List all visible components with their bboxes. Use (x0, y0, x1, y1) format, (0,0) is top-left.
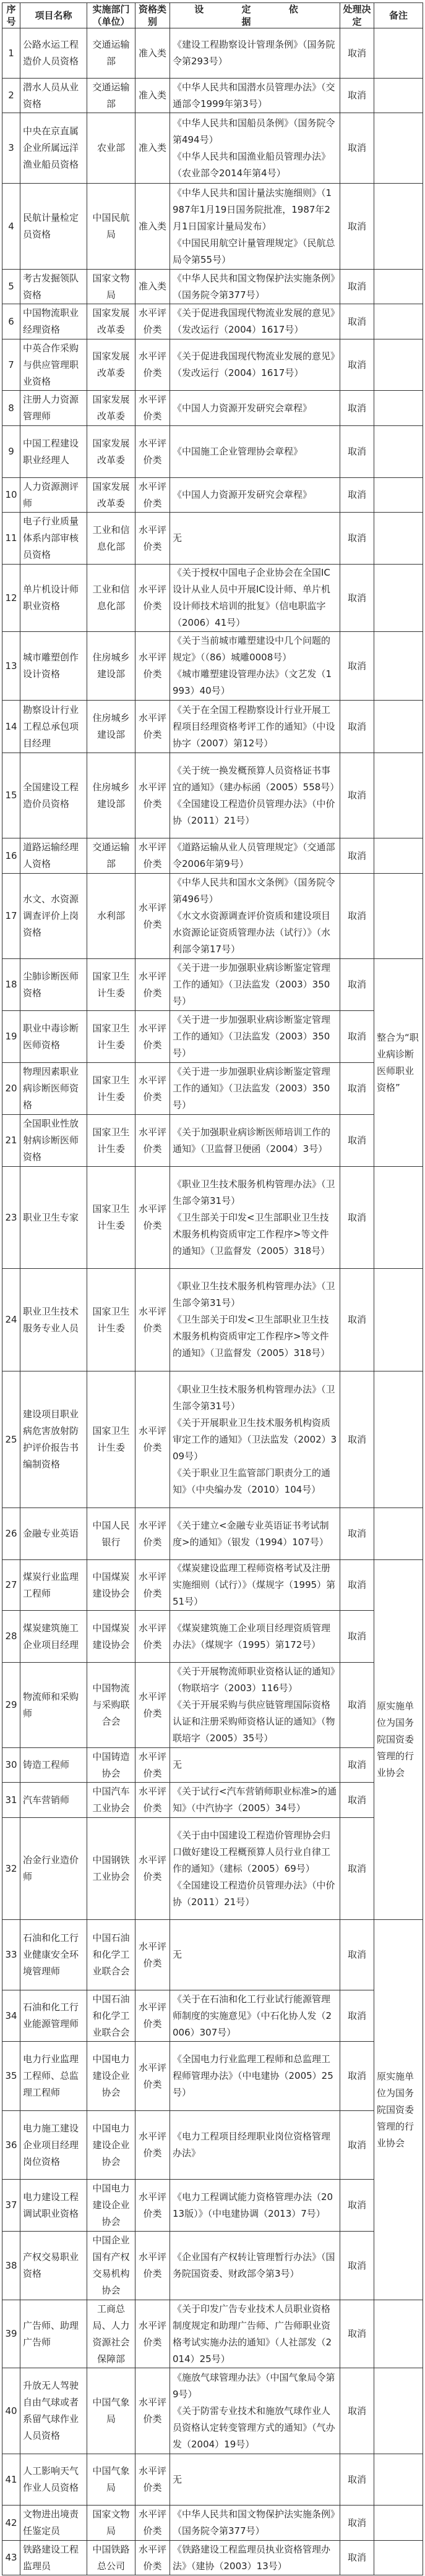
row-number: 41 (2, 2454, 20, 2506)
basis-document: 《关于进一步加强职业病诊断鉴定管理工作的通知》（卫法监发（2003）350号） (173, 960, 337, 1010)
header-no: 序号 (2, 3, 20, 28)
legal-basis: 《电力工程调试能力资格管理办法（2013版）》（中电建协调（2013）7号） (170, 2180, 340, 2232)
table-row: 28煤炭建筑施工企业项目经理中国煤炭建设协会水平评价类《煤炭建筑施工企业项目经理… (2, 1611, 423, 1663)
legal-basis: 《煤炭建筑施工企业项目经理资质管理办法》（煤规字（1995）第172号） (170, 1611, 340, 1663)
legal-basis: 《中华人民共和国潜水员管理办法》（交通部令1999年第3号） (170, 79, 340, 113)
qualification-type: 水平评价类 (135, 2368, 170, 2454)
legal-basis: 无 (170, 513, 340, 565)
note (374, 753, 423, 838)
table-row: 1公路水运工程造价人员资格交通运输部准入类《建设工程勘察设计管理条例》（国务院令… (2, 28, 423, 79)
basis-document: 《关于在全国工程勘察设计行业开展工程项目经理资格考评工作的通知》（中设协字（20… (173, 702, 337, 752)
legal-basis: 《中华人民共和国船员条例》（国务院令第494号）《中华人民共和国渔业船员管理办法… (170, 113, 340, 184)
basis-document: 《煤炭建设监理工程师资格考试及注册实施细则（试行）》（煤规字（1995）第51号… (173, 1560, 337, 1610)
legal-basis: 《铁路建设工程监理员执业资格管理办法》（建协（2003）13号） (170, 2541, 340, 2575)
qualification-type: 水平评价类 (135, 1663, 170, 1748)
legal-basis: 《中华人民共和国文物保护法实施条例》（国务院令第377号） (170, 270, 340, 304)
item-name: 石油和化工行业健康安全环境管理师 (20, 1920, 87, 1990)
note (374, 28, 423, 79)
decision: 取消 (340, 2180, 374, 2232)
header-type: 资格类别 (135, 3, 170, 28)
header-decision: 处理决定 (340, 3, 374, 28)
decision: 取消 (340, 1560, 374, 1611)
item-name: 民航计量检定员资格 (20, 184, 87, 270)
note (374, 2300, 423, 2368)
table-row: 36电力施工建设企业项目经理岗位资格中国电力建设企业协会水平评价类《电力工程项目… (2, 2111, 423, 2180)
basis-document: 《城市雕塑建设管理办法》（文艺发（1993）40号） (173, 666, 337, 699)
table-row: 32冶金行业造价师中国钢铁工业协会水平评价类《关于由中国建设工程造价管理协会归口… (2, 1818, 423, 1920)
table-row: 29物流师和采购师中国物流与采购联合会水平评价类《关于开展物流师职业资格认证的通… (2, 1663, 423, 1748)
implementing-dept: 水利部 (87, 874, 135, 959)
legal-basis: 《关于建立<金融专业英语证书考试制度>的通知》（银发（1994）107号） (170, 1508, 340, 1560)
basis-document: 《关于试行<汽车营销师职业标准>的通知》（中汽协字（2005）34号） (173, 1783, 337, 1817)
implementing-dept: 国家卫生计生委 (87, 1011, 135, 1063)
item-name: 铁路建设工程监理员 (20, 2541, 87, 2575)
legal-basis: 《关于进一步加强职业病诊断鉴定管理工作的通知》（卫法监发（2003）350号） (170, 1011, 340, 1063)
item-name: 建设项目职业病危害放射防护评价报告书编制资格 (20, 1371, 87, 1508)
basis-document: 《关于统一换发概预算人员资格证书事宜的通知》（建办标函（2005）558号） (173, 762, 337, 796)
basis-document: 《中华人民共和国潜水员管理办法》（交通部令1999年第3号） (173, 79, 337, 113)
item-name: 人力资源测评师 (20, 478, 87, 513)
decision: 取消 (340, 1508, 374, 1560)
basis-document: 《中华人民共和国船员条例》（国务院令第494号） (173, 115, 337, 148)
table-row: 33石油和化工行业健康安全环境管理师中国石油和化学工业联合会水平评价类无取消原实… (2, 1920, 423, 1990)
table-row: 20物理因素职业病诊断医师资格国家卫生计生委水平评价类《关于进一步加强职业病诊断… (2, 1063, 423, 1115)
basis-document: 《全国建设工程造价员管理办法》（中价协（2011）21号） (173, 1877, 337, 1911)
row-number: 37 (2, 2180, 20, 2232)
item-name: 电力行业监理工程师、总监理工程师 (20, 2042, 87, 2111)
legal-basis: 《中国人力资源开发研究会章程》 (170, 391, 340, 426)
basis-document: 《中华人民共和国文物保护法实施条例》（国务院令第377号） (173, 270, 337, 304)
item-name: 石油和化工行业能源管理师 (20, 1990, 87, 2042)
qualification-type: 准入类 (135, 270, 170, 304)
legal-basis: 无 (170, 1920, 340, 1990)
row-number: 7 (2, 339, 20, 391)
implementing-dept: 国家卫生计生委 (87, 1167, 135, 1269)
table-row: 42文物进出境责任鉴定员国家文物局水平评价类《中华人民共和国文物保护法实施条例》… (2, 2506, 423, 2541)
row-number: 43 (2, 2541, 20, 2575)
basis-document: 《全国电力行业监理工程师和总监理工程师管理办法》（中电建协（2005）25号） (173, 2051, 337, 2101)
qualification-type: 水平评价类 (135, 565, 170, 632)
row-number: 9 (2, 426, 20, 478)
legal-basis: 《全国电力行业监理工程师和总监理工程师管理办法》（中电建协（2005）25号） (170, 2042, 340, 2111)
item-name: 道路运输经理人资格 (20, 838, 87, 874)
basis-document: 《关于职业卫生监管部门职责分工的通知》（中央编办发（2010）104号） (173, 1465, 337, 1498)
decision: 取消 (340, 339, 374, 391)
legal-basis: 《道路运输从业人员管理规定》（交通部令2006年第9号） (170, 838, 340, 874)
legal-basis: 《中国人力资源开发研究会章程》 (170, 478, 340, 513)
legal-basis: 《中国施工企业管理协会章程》 (170, 426, 340, 478)
row-number: 21 (2, 1115, 20, 1167)
decision: 取消 (340, 1920, 374, 1990)
table-row: 30铸造工程师中国铸造协会水平评价类无取消 (2, 1748, 423, 1783)
implementing-dept: 中国企业国有产权交易机构协会 (87, 2232, 135, 2300)
table-row: 24职业卫生技术服务专业人员国家卫生计生委水平评价类《职业卫生技术服务机构管理办… (2, 1269, 423, 1371)
table-row: 12单片机设计师职业资格工业和信息化部水平评价类《关于授权中国电子企业协会在全国… (2, 565, 423, 632)
qualification-type: 水平评价类 (135, 2232, 170, 2300)
basis-document: 《中华人民共和国水文条例》（国务院令第496号） (173, 874, 337, 908)
note (374, 113, 423, 184)
basis-document: 《关于防雷专业技术和施放气球作业人员资格认定转变管理方式的通知》（气办发（200… (173, 2403, 337, 2453)
row-number: 26 (2, 1508, 20, 1560)
item-name: 全国建设工程造价员资格 (20, 753, 87, 838)
note (374, 1167, 423, 1269)
note (374, 1508, 423, 1560)
row-number: 32 (2, 1818, 20, 1920)
basis-document: 《全国建设工程造价员管理办法》（中价协（2011）21号） (173, 796, 337, 829)
decision: 取消 (340, 391, 374, 426)
implementing-dept: 中国铸造协会 (87, 1748, 135, 1783)
qualification-type: 水平评价类 (135, 959, 170, 1011)
legal-basis: 《关于在全国工程勘察设计行业开展工程项目经理资格考评工作的通知》（中设协字（20… (170, 701, 340, 753)
legal-basis: 《施放气球管理办法》（中国气象局令第9号）《关于防雷专业技术和施放气球作业人员资… (170, 2368, 340, 2454)
basis-document: 《关于进一步加强职业病诊断鉴定管理工作的通知》（卫法监发（2003）350号） (173, 1064, 337, 1114)
row-number: 38 (2, 2232, 20, 2300)
row-number: 16 (2, 838, 20, 874)
row-number: 39 (2, 2300, 20, 2368)
item-name: 冶金行业造价师 (20, 1818, 87, 1920)
table-row: 31汽车营销师中国汽车工业协会水平评价类《关于试行<汽车营销师职业标准>的通知》… (2, 1783, 423, 1818)
basis-document: 《中国人力资源开发研究会章程》 (173, 487, 337, 503)
legal-basis: 无 (170, 1748, 340, 1783)
note (374, 701, 423, 753)
legal-basis: 《职业卫生技术服务机构管理办法》（卫生部令第31号）《卫生部关于印发<卫生部职业… (170, 1167, 340, 1269)
qualification-type: 水平评价类 (135, 632, 170, 701)
decision: 取消 (340, 79, 374, 113)
legal-basis: 《企业国有产权转让管理暂行办法》（国务院国资委、财政部令第3号） (170, 2232, 340, 2300)
decision: 取消 (340, 184, 374, 270)
row-number: 35 (2, 2042, 20, 2111)
qualification-type: 水平评价类 (135, 2111, 170, 2180)
implementing-dept: 中国电力建设企业协会 (87, 2111, 135, 2180)
qualification-type: 水平评价类 (135, 701, 170, 753)
qualification-type: 水平评价类 (135, 1115, 170, 1167)
table-row: 35电力行业监理工程师、总监理工程师中国电力建设企业协会水平评价类《全国电力行业… (2, 2042, 423, 2111)
row-number: 11 (2, 513, 20, 565)
decision: 取消 (340, 28, 374, 79)
basis-document: 《卫生部关于印发<卫生部职业卫生技术服务机构资质审定工作程序>等文件的通知》（卫… (173, 1209, 337, 1260)
legal-basis: 《关于试行<汽车营销师职业标准>的通知》（中汽协字（2005）34号） (170, 1783, 340, 1818)
implementing-dept: 中国铁路总公司 (87, 2541, 135, 2575)
basis-document: 《电力工程调试能力资格管理办法（2013版）》（中电建协调（2013）7号） (173, 2189, 337, 2222)
decision: 取消 (340, 753, 374, 838)
decision: 取消 (340, 270, 374, 304)
decision: 取消 (340, 1063, 374, 1115)
decision: 取消 (340, 959, 374, 1011)
basis-document: 《中华人民共和国计量法实施细则》（1987年1月19日国务院批准，1987年2月… (173, 185, 337, 235)
table-row: 27煤炭行业监理工程师中国煤炭建设协会水平评价类《煤炭建设监理工程师资格考试及注… (2, 1560, 423, 1611)
table-row: 11电子行业质量体系内部审核员资格工业和信息化部水平评价类无取消 (2, 513, 423, 565)
table-row: 38产权交易职业资格中国企业国有产权交易机构协会水平评价类《企业国有产权转让管理… (2, 2232, 423, 2300)
implementing-dept: 工商总局、人力资源社会保障部 (87, 2300, 135, 2368)
basis-document: 《关于开展采购与供应链管理国际资格认证和注册采购师资格认证的通知》（物联培字（2… (173, 1697, 337, 1747)
table-row: 7中英合作采购与供应管理职业资格国家发展改革委水平评价类《关于促进我国现代物流业… (2, 339, 423, 391)
note (374, 426, 423, 478)
implementing-dept: 国家卫生计生委 (87, 1269, 135, 1371)
legal-basis: 《关于由中国建设工程造价管理协会归口做好建设工程概预算人员行业自律工作的通知》（… (170, 1818, 340, 1920)
implementing-dept: 国家卫生计生委 (87, 1371, 135, 1508)
table-row: 9中国工程建设职业经理人国家发展改革委水平评价类《中国施工企业管理协会章程》取消 (2, 426, 423, 478)
qualification-type: 水平评价类 (135, 1920, 170, 1990)
basis-document: 《关于进一步加强职业病诊断鉴定管理工作的通知》（卫法监发（2003）350号） (173, 1012, 337, 1062)
qualification-type: 水平评价类 (135, 1371, 170, 1508)
table-row: 5考古发掘领队资格国家文物局准入类《中华人民共和国文物保护法实施条例》（国务院令… (2, 270, 423, 304)
note (374, 2368, 423, 2454)
implementing-dept: 中国石油和化学工业联合会 (87, 1990, 135, 2042)
legal-basis: 《关于促进我国现代物流业发展的意见》（发改运行（2004）1617号） (170, 304, 340, 339)
legal-basis: 《建设工程勘察设计管理条例》（国务院令第293号） (170, 28, 340, 79)
row-number: 27 (2, 1560, 20, 1611)
table-row: 6中国物流职业经理资格国家发展改革委水平评价类《关于促进我国现代物流业发展的意见… (2, 304, 423, 339)
legal-basis: 《关于进一步加强职业病诊断鉴定管理工作的通知》（卫法监发（2003）350号） (170, 1063, 340, 1115)
decision: 取消 (340, 1748, 374, 1783)
basis-document: 《关于在石油和化工行业试行能源管理师制度的实施意见》（中石化协人发（2006）3… (173, 1991, 337, 2041)
table-row: 19职业中毒诊断医师资格国家卫生计生委水平评价类《关于进一步加强职业病诊断鉴定管… (2, 1011, 423, 1063)
item-name: 煤炭建筑施工企业项目经理 (20, 1611, 87, 1663)
qualification-table: 序号 项目名称 实施部门（单位） 资格类别 设 定 依 据 处理决定 备注 1公… (2, 2, 423, 2575)
implementing-dept: 国家卫生计生委 (87, 1063, 135, 1115)
note (374, 513, 423, 565)
merged-note: 原实施单位为国务院国资委管理的行业协会 (374, 1920, 423, 2300)
qualification-type: 水平评价类 (135, 2180, 170, 2232)
table-row: 15全国建设工程造价员资格住房城乡建设部水平评价类《关于统一换发概预算人员资格证… (2, 753, 423, 838)
header-basis: 设 定 依 据 (170, 3, 340, 28)
table-row: 18尘肺诊断医师资格国家卫生计生委水平评价类《关于进一步加强职业病诊断鉴定管理工… (2, 959, 423, 1011)
item-name: 文物进出境责任鉴定员 (20, 2506, 87, 2541)
note (374, 79, 423, 113)
header-row: 序号 项目名称 实施部门（单位） 资格类别 设 定 依 据 处理决定 备注 (2, 3, 423, 28)
table-row: 23职业卫生专家国家卫生计生委水平评价类《职业卫生技术服务机构管理办法》（卫生部… (2, 1167, 423, 1269)
item-name: 电力建设工程调试职业资格 (20, 2180, 87, 2232)
implementing-dept: 国家发展改革委 (87, 304, 135, 339)
item-name: 尘肺诊断医师资格 (20, 959, 87, 1011)
legal-basis: 《职业卫生技术服务机构管理办法》（卫生部令第31号）《关于开展职业卫生技术服务机… (170, 1371, 340, 1508)
decision: 取消 (340, 1167, 374, 1269)
table-row: 8注册人力资源管理师国家发展改革委水平评价类《中国人力资源开发研究会章程》取消 (2, 391, 423, 426)
basis-document: 无 (173, 530, 337, 547)
row-number: 19 (2, 1011, 20, 1063)
implementing-dept: 住房城乡建设部 (87, 701, 135, 753)
item-name: 铸造工程师 (20, 1748, 87, 1783)
note (374, 632, 423, 701)
table-row: 41人工影响天气作业人员资格中国气象局水平评价类无取消 (2, 2454, 423, 2506)
header-name: 项目名称 (20, 3, 87, 28)
item-name: 电力施工建设企业项目经理岗位资格 (20, 2111, 87, 2180)
implementing-dept: 工业和信息化部 (87, 513, 135, 565)
row-number: 8 (2, 391, 20, 426)
implementing-dept: 中国钢铁工业协会 (87, 1818, 135, 1920)
note (374, 270, 423, 304)
qualification-type: 水平评价类 (135, 1508, 170, 1560)
implementing-dept: 国家发展改革委 (87, 478, 135, 513)
decision: 取消 (340, 304, 374, 339)
implementing-dept: 交通运输部 (87, 838, 135, 874)
implementing-dept: 国家文物局 (87, 270, 135, 304)
note (374, 391, 423, 426)
decision: 取消 (340, 2454, 374, 2506)
row-number: 29 (2, 1663, 20, 1748)
basis-document: 《关于当前城市雕塑建设中几个问题的规定》（（86）城雕0008号） (173, 633, 337, 666)
implementing-dept: 中国汽车工业协会 (87, 1783, 135, 1818)
basis-document: 《关于授权中国电子企业协会在全国IC设计从业人员中开展IC设计师、单片机设计师技… (173, 565, 337, 631)
qualification-type: 水平评价类 (135, 1818, 170, 1920)
table-row: 40升放无人驾驶自由气球或者系留气球作业人员资格中国气象局水平评价类《施放气球管… (2, 2368, 423, 2454)
basis-document: 《电力工程项目经理职业岗位资格管理办法》 (173, 2128, 337, 2162)
legal-basis: 无 (170, 2454, 340, 2506)
implementing-dept: 中国物流与采购联合会 (87, 1663, 135, 1748)
item-name: 注册人力资源管理师 (20, 391, 87, 426)
row-number: 20 (2, 1063, 20, 1115)
item-name: 金融专业英语 (20, 1508, 87, 1560)
row-number: 17 (2, 874, 20, 959)
basis-document: 《关于开展物流师职业资格认证的通知》（物联培字（2003）116号） (173, 1663, 337, 1697)
decision: 取消 (340, 1115, 374, 1167)
basis-document: 《关于加强职业病诊断医师培训工作的通知》（卫监督卫便函（2004）3号） (173, 1124, 337, 1158)
decision: 取消 (340, 1783, 374, 1818)
qualification-type: 水平评价类 (135, 1990, 170, 2042)
item-name: 煤炭行业监理工程师 (20, 1560, 87, 1611)
note (374, 838, 423, 874)
decision: 取消 (340, 513, 374, 565)
basis-document: 《关于建立<金融专业英语证书考试制度>的通知》（银发（1994）107号） (173, 1517, 337, 1551)
row-number: 42 (2, 2506, 20, 2541)
decision: 取消 (340, 565, 374, 632)
table-row: 17水文、水资源调查评价上岗资格水利部水平评价类《中华人民共和国水文条例》（国务… (2, 874, 423, 959)
legal-basis: 《关于在石油和化工行业试行能源管理师制度的实施意见》（中石化协人发（2006）3… (170, 1990, 340, 2042)
basis-document: 《职业卫生技术服务机构管理办法》（卫生部令第31号） (173, 1176, 337, 1209)
table-row: 13城市雕塑创作设计资格住房城乡建设部水平评价类《关于当前城市雕塑建设中几个问题… (2, 632, 423, 701)
row-number: 5 (2, 270, 20, 304)
qualification-type: 准入类 (135, 79, 170, 113)
note (374, 304, 423, 339)
implementing-dept: 中国民航局 (87, 184, 135, 270)
item-name: 物理因素职业病诊断医师资格 (20, 1063, 87, 1115)
decision: 取消 (340, 2541, 374, 2575)
item-name: 物流师和采购师 (20, 1663, 87, 1748)
table-row: 16道路运输经理人资格交通运输部水平评价类《道路运输从业人员管理规定》（交通部令… (2, 838, 423, 874)
qualification-type: 水平评价类 (135, 1063, 170, 1115)
note (374, 874, 423, 959)
implementing-dept: 国家文物局 (87, 2506, 135, 2541)
basis-document: 《煤炭建筑施工企业项目经理资质管理办法》（煤规字（1995）第172号） (173, 1620, 337, 1653)
basis-document: 《关于开展职业卫生技术服务机构资质审定工作的通知》（卫法监发（2002）309号… (173, 1415, 337, 1465)
item-name: 单片机设计师职业资格 (20, 565, 87, 632)
implementing-dept: 工业和信息化部 (87, 565, 135, 632)
basis-document: 《施放气球管理办法》（中国气象局令第9号） (173, 2369, 337, 2403)
item-name: 水文、水资源调查评价上岗资格 (20, 874, 87, 959)
note (374, 1371, 423, 1508)
qualification-type: 水平评价类 (135, 2506, 170, 2541)
decision: 取消 (340, 478, 374, 513)
qualification-type: 水平评价类 (135, 1560, 170, 1611)
qualification-type: 准入类 (135, 28, 170, 79)
row-number: 23 (2, 1167, 20, 1269)
item-name: 人工影响天气作业人员资格 (20, 2454, 87, 2506)
decision: 取消 (340, 1663, 374, 1748)
row-number: 30 (2, 1748, 20, 1783)
decision: 取消 (340, 113, 374, 184)
table-row: 2潜水人员从业资格交通运输部准入类《中华人民共和国潜水员管理办法》（交通部令19… (2, 79, 423, 113)
basis-document: 无 (173, 2472, 337, 2488)
basis-document: 无 (173, 1947, 337, 1963)
qualification-type: 准入类 (135, 184, 170, 270)
basis-document: 《中国民用航空计量管理规定》（民航总局令第55号） (173, 235, 337, 268)
decision: 取消 (340, 701, 374, 753)
implementing-dept: 交通运输部 (87, 28, 135, 79)
decision: 取消 (340, 1371, 374, 1508)
row-number: 33 (2, 1920, 20, 1990)
qualification-type: 水平评价类 (135, 2541, 170, 2575)
basis-document: 《职业卫生技术服务机构管理办法》（卫生部令第31号） (173, 1381, 337, 1415)
decision: 取消 (340, 2042, 374, 2111)
legal-basis: 《关于促进我国现代物流业发展的意见》（发改运行（2004）1617号） (170, 339, 340, 391)
row-number: 36 (2, 2111, 20, 2180)
header-note: 备注 (374, 3, 423, 28)
implementing-dept: 农业部 (87, 113, 135, 184)
row-number: 14 (2, 701, 20, 753)
basis-document: 《职业卫生技术服务机构管理办法》（卫生部令第31号） (173, 1278, 337, 1311)
decision: 取消 (340, 1990, 374, 2042)
merged-note: 原实施单位为国务院国资委管理的行业协会 (374, 1560, 423, 1920)
note (374, 184, 423, 270)
qualification-type: 水平评价类 (135, 339, 170, 391)
basis-document: 《卫生部关于印发<卫生部职业卫生技术服务机构资质审定工作程序>等文件的通知》（卫… (173, 1311, 337, 1362)
note (374, 2454, 423, 2506)
item-name: 中国工程建设职业经理人 (20, 426, 87, 478)
decision: 取消 (340, 2111, 374, 2180)
legal-basis: 《关于开展物流师职业资格认证的通知》（物联培字（2003）116号）《关于开展采… (170, 1663, 340, 1748)
table-row: 43铁路建设工程监理员中国铁路总公司水平评价类《铁路建设工程监理员执业资格管理办… (2, 2541, 423, 2575)
qualification-type: 水平评价类 (135, 426, 170, 478)
item-name: 全国职业性放射病诊断医师资格 (20, 1115, 87, 1167)
item-name: 产权交易职业资格 (20, 2232, 87, 2300)
legal-basis: 《中华人民共和国计量法实施细则》（1987年1月19日国务院批准，1987年2月… (170, 184, 340, 270)
item-name: 中英合作采购与供应管理职业资格 (20, 339, 87, 391)
qualification-type: 水平评价类 (135, 1783, 170, 1818)
decision: 取消 (340, 1818, 374, 1920)
qualification-type: 水平评价类 (135, 513, 170, 565)
implementing-dept: 中国人民银行 (87, 1508, 135, 1560)
qualification-type: 水平评价类 (135, 2042, 170, 2111)
row-number: 1 (2, 28, 20, 79)
table-row: 3中央在京直属企业所属远洋渔业船员资格农业部准入类《中华人民共和国船员条例》（国… (2, 113, 423, 184)
qualification-type: 水平评价类 (135, 838, 170, 874)
table-row: 39广告师、助理广告师工商总局、人力资源社会保障部水平评价类《关于印发广告专业技… (2, 2300, 423, 2368)
item-name: 职业卫生技术服务专业人员 (20, 1269, 87, 1371)
decision: 取消 (340, 2300, 374, 2368)
note (374, 565, 423, 632)
implementing-dept: 中国气象局 (87, 2454, 135, 2506)
implementing-dept: 国家发展改革委 (87, 339, 135, 391)
table-body: 1公路水运工程造价人员资格交通运输部准入类《建设工程勘察设计管理条例》（国务院令… (2, 28, 423, 2575)
implementing-dept: 住房城乡建设部 (87, 753, 135, 838)
qualification-type: 水平评价类 (135, 1611, 170, 1663)
row-number: 24 (2, 1269, 20, 1371)
table-row: 21全国职业性放射病诊断医师资格国家卫生计生委水平评价类《关于加强职业病诊断医师… (2, 1115, 423, 1167)
implementing-dept: 中国电力建设企业协会 (87, 2180, 135, 2232)
item-name: 城市雕塑创作设计资格 (20, 632, 87, 701)
table-row: 26金融专业英语中国人民银行水平评价类《关于建立<金融专业英语证书考试制度>的通… (2, 1508, 423, 1560)
qualification-type: 水平评价类 (135, 2300, 170, 2368)
basis-document: 《中华人民共和国文物保护法实施条例》（国务院令第377号） (173, 2506, 337, 2540)
table-row: 4民航计量检定员资格中国民航局准入类《中华人民共和国计量法实施细则》（1987年… (2, 184, 423, 270)
legal-basis: 《关于进一步加强职业病诊断鉴定管理工作的通知》（卫法监发（2003）350号） (170, 959, 340, 1011)
basis-document: 《关于促进我国现代物流业发展的意见》（发改运行（2004）1617号） (173, 348, 337, 382)
row-number: 10 (2, 478, 20, 513)
qualification-type: 准入类 (135, 113, 170, 184)
legal-basis: 《关于授权中国电子企业协会在全国IC设计从业人员中开展IC设计师、单片机设计师技… (170, 565, 340, 632)
table-row: 10人力资源测评师国家发展改革委水平评价类《中国人力资源开发研究会章程》取消 (2, 478, 423, 513)
item-name: 考古发掘领队资格 (20, 270, 87, 304)
